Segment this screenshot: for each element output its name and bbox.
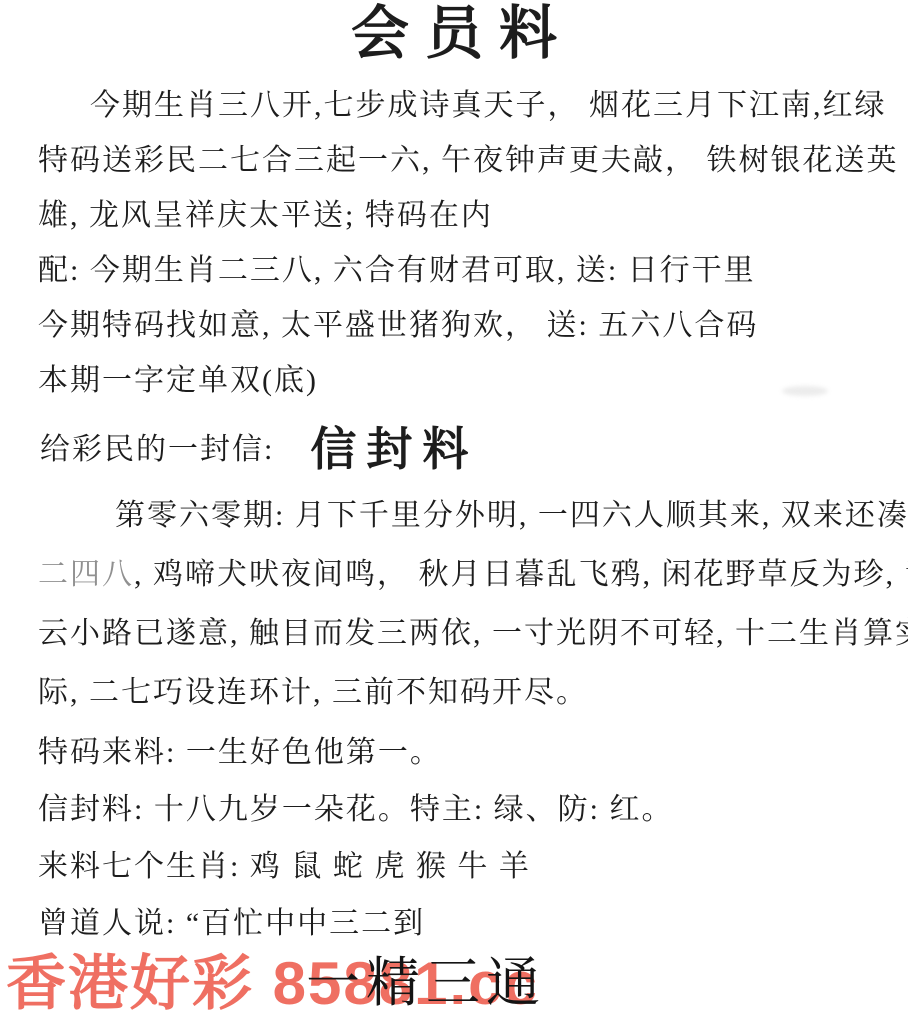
envelope-line-2: 二四八, 鸡啼犬吠夜间鸣， 秋月日暮乱飞鸦, 闲花野草反为珍, 青 <box>0 545 908 604</box>
envelope-heading-row: 给彩民的一封信: 信封料 <box>0 416 908 476</box>
footer-handwritten-text: 一精三通 <box>306 940 546 1017</box>
member-line-3: 雄, 龙风呈祥庆太平送; 特码在内 <box>0 188 908 243</box>
member-line-5: 今期特码找如意, 太平盛世猪狗欢， 送: 五六八合码 <box>0 298 908 353</box>
document-page: 会员料 今期生肖三八开,七步成诗真天子， 烟花三月下江南,红绿 特码送彩民二七合… <box>0 0 908 1024</box>
scan-artifact <box>782 386 828 396</box>
envelope-line-4: 际, 二七巧设连环计, 三前不知码开尽。 <box>0 663 908 722</box>
envelope-material-line: 信封料: 十八九岁一朵花。特主: 绿、防: 红。 <box>0 781 908 838</box>
member-line-1: 今期生肖三八开,七步成诗真天子， 烟花三月下江南,红绿 <box>0 78 908 133</box>
letter-intro-label: 给彩民的一封信: <box>40 424 274 468</box>
zodiac-line: 来料七个生肖: 鸡 鼠 蛇 虎 猴 牛 羊 <box>0 838 908 895</box>
member-section-paragraph: 今期生肖三八开,七步成诗真天子， 烟花三月下江南,红绿 特码送彩民二七合三起一六… <box>0 78 908 408</box>
member-line-2: 特码送彩民二七合三起一六, 午夜钟声更夫敲， 铁树银花送英 <box>0 133 908 188</box>
envelope-section-title: 信封料 <box>310 413 478 479</box>
member-line-6: 本期一字定单双(底) <box>0 353 908 408</box>
member-section-title: 会员料 <box>0 2 908 66</box>
envelope-issue-line: 第零六零期: 月下千里分外明, 一四六人顺其来, 双来还凑 <box>0 486 908 545</box>
envelope-line-3: 云小路已遂意, 触目而发三两依, 一寸光阴不可轻, 十二生肖算实 <box>0 604 908 663</box>
special-code-line: 特码来料: 一生好色他第一。 <box>0 724 908 781</box>
faded-numbers: 二四八 <box>38 558 134 591</box>
member-line-4: 配: 今期生肖二三八, 六合有财君可取, 送: 日行干里 <box>0 243 908 298</box>
envelope-section-paragraph: 第零六零期: 月下千里分外明, 一四六人顺其来, 双来还凑 二四八, 鸡啼犬吠夜… <box>0 486 908 722</box>
envelope-line-2-rest: , 鸡啼犬吠夜间鸣， 秋月日暮乱飞鸦, 闲花野草反为珍, 青 <box>134 558 908 591</box>
closing-lines: 特码来料: 一生好色他第一。 信封料: 十八九岁一朵花。特主: 绿、防: 红。 … <box>0 724 908 952</box>
